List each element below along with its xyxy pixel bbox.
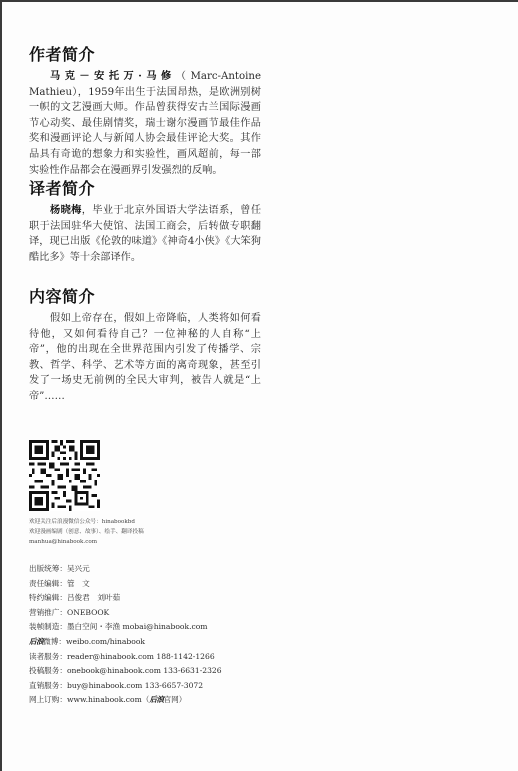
submission-contact[interactable]: onebook@hinabook.com 133-6631-2326: [67, 666, 222, 675]
credits-block: 出版统筹：吴兴元 责任编辑：管 文 特约编辑：吕俊君 刘叶茹 营销推广：ONEB…: [29, 562, 222, 708]
reader-service-contact[interactable]: reader@hinabook.com 188-1142-1266: [67, 652, 215, 661]
content-summary: 假如上帝存在，假如上帝降临，人类将如何看待他，又如何看待自己？一位神秘的人自称“…: [29, 311, 261, 405]
credit-row: 装帧制造：墨白空间・李渔 mobai@hinabook.com: [29, 620, 222, 635]
qr-caption-email: manhua@hinabook.com: [29, 537, 144, 547]
contact-row-weibo: 后浪微博：weibo.com/hinabook: [29, 635, 222, 650]
qr-code-icon: [29, 440, 100, 511]
author-heading: 作者简介: [29, 45, 261, 65]
author-bio: 马克－安托万·马修（Marc-Antoine Mathieu），1959年出生于…: [29, 69, 261, 178]
qr-caption: 欢迎关注后浪漫微信公众号：hinabookbd 欢迎漫画编剧（创意、故事）、绘手…: [29, 517, 144, 547]
contact-row: 网上订购：www.hinabook.com（后浪官网）: [29, 693, 222, 708]
brand-logo: 后浪: [149, 695, 163, 704]
book-page: 作者简介 马克－安托万·马修（Marc-Antoine Mathieu），195…: [0, 0, 518, 771]
credit-row: 责任编辑：管 文: [29, 577, 222, 592]
translator-heading: 译者简介: [29, 179, 261, 199]
content-section: 内容简介 假如上帝存在，假如上帝降临，人类将如何看待他，又如何看待自己？一位神秘…: [29, 287, 261, 405]
translator-bio: 杨晓梅，毕业于北京外国语大学法语系，曾任职于法国驻华大使馆、法国工商会，后转做专…: [29, 203, 261, 265]
contact-row: 直销服务：buy@hinabook.com 133-6657-3072: [29, 679, 222, 694]
contact-row: 读者服务：reader@hinabook.com 188-1142-1266: [29, 650, 222, 665]
qr-caption-submissions: 欢迎漫画编剧（创意、故事）、绘手、翻译投稿: [29, 527, 144, 537]
author-section: 作者简介 马克－安托万·马修（Marc-Antoine Mathieu），195…: [29, 45, 261, 178]
contact-row: 投稿服务：onebook@hinabook.com 133-6631-2326: [29, 664, 222, 679]
translator-section: 译者简介 杨晓梅，毕业于北京外国语大学法语系，曾任职于法国驻华大使馆、法国工商会…: [29, 179, 261, 265]
content-heading: 内容简介: [29, 287, 261, 307]
website-link[interactable]: www.hinabook.com（: [67, 695, 149, 704]
direct-sales-contact[interactable]: buy@hinabook.com 133-6657-3072: [67, 681, 203, 690]
credit-row: 特约编辑：吕俊君 刘叶茹: [29, 591, 222, 606]
brand-logo: 后浪: [29, 637, 43, 646]
qr-caption-wechat: 欢迎关注后浪漫微信公众号：hinabookbd: [29, 517, 144, 527]
author-bio-text: （Marc-Antoine Mathieu），1959年出生于法国昂热，是欧洲别…: [29, 71, 261, 176]
credit-row: 出版统筹：吴兴元: [29, 562, 222, 577]
credit-row: 营销推广：ONEBOOK: [29, 606, 222, 621]
weibo-link[interactable]: weibo.com/hinabook: [66, 637, 145, 646]
author-name: 马克－安托万·马修: [50, 70, 176, 82]
translator-name: 杨晓梅: [50, 204, 82, 216]
